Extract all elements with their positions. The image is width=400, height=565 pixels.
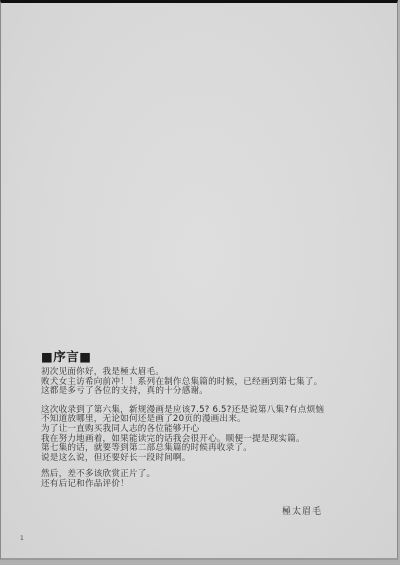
paragraph-body: 这次收录到了第六集，新规漫画是应该7.5? 6.5?还是说第八集?有点烦恼 不知…: [41, 406, 379, 464]
scanned-document-page: ■序言■ 初次见面你好，我是極太眉毛。 败犬女主访希向前冲！！系列在制作总集篇的…: [0, 0, 398, 560]
paragraph-closing: 然后，差不多该欣赏正片了。 还有后记和作品评价！: [41, 470, 379, 489]
text-line: 这都是多亏了各位的支持，真的十分感谢。: [41, 387, 379, 397]
text-line: 说是这么说，但还要好长一段时间啊。: [41, 454, 379, 464]
paragraph-intro: 初次见面你好，我是極太眉毛。 败犬女主访希向前冲！！系列在制作总集篇的时候，已经…: [41, 368, 379, 397]
author-signature: 極太眉毛: [282, 504, 322, 517]
preface-heading: ■序言■: [41, 347, 379, 365]
text-line: 还有后记和作品评价！: [41, 480, 379, 490]
page-number: 1: [20, 535, 24, 542]
preface-content: ■序言■ 初次见面你好，我是極太眉毛。 败犬女主访希向前冲！！系列在制作总集篇的…: [41, 347, 379, 499]
